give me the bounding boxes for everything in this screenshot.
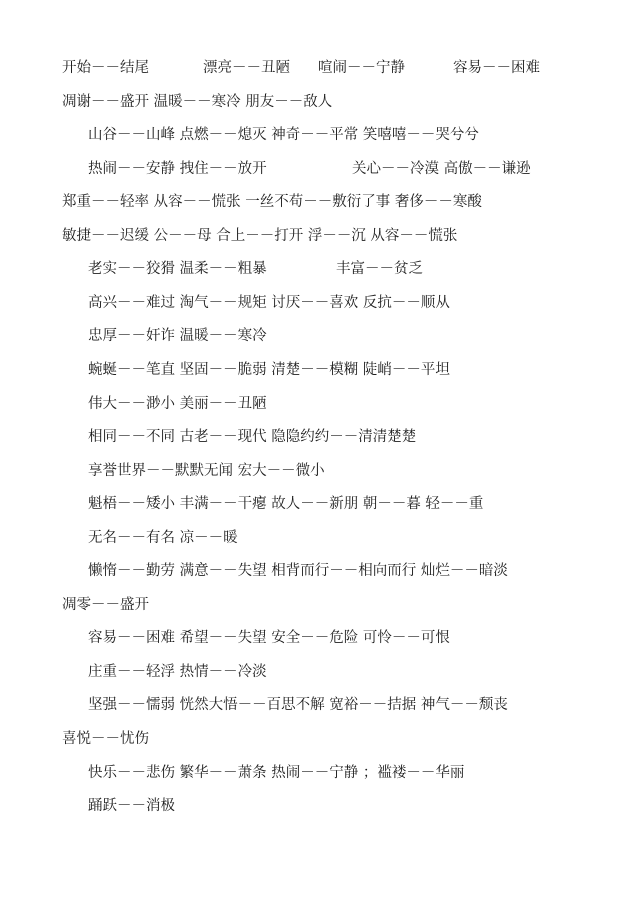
antonym-pairs: 相同－－不同 古老－－现代 隐隐约约－－清清楚楚 — [88, 427, 416, 447]
text-line: 无名－－有名 凉－－暖 — [0, 528, 640, 548]
antonym-pairs: 容易－－困难 希望－－失望 安全－－危险 可怜－－可恨 — [88, 628, 450, 648]
text-line: 凋零－－盛开 — [0, 595, 640, 615]
antonym-pairs: 丰富－－贫乏 — [336, 259, 423, 279]
text-line: 伟大－－渺小 美丽－－丑陋 — [0, 394, 640, 414]
antonym-pairs: 高兴－－难过 淘气－－规矩 讨厌－－喜欢 反抗－－顺从 — [88, 293, 450, 313]
text-line: 郑重－－轻率 从容－－慌张 一丝不苟－－敷衍了事 奢侈－－寒酸 — [0, 192, 640, 212]
text-line: 踊跃－－消极 — [0, 796, 640, 816]
antonym-pairs: 魁梧－－矮小 丰满－－干瘪 故人－－新朋 朝－－暮 轻－－重 — [88, 494, 483, 514]
antonym-pairs: 敏捷－－迟缓 公－－母 合上－－打开 浮－－沉 从容－－慌张 — [62, 226, 457, 246]
text-line: 容易－－困难 希望－－失望 安全－－危险 可怜－－可恨 — [0, 628, 640, 648]
antonym-pairs: 喜悦－－忧伤 — [62, 729, 149, 749]
text-line: 高兴－－难过 淘气－－规矩 讨厌－－喜欢 反抗－－顺从 — [0, 293, 640, 313]
text-line: 开始－－结尾漂亮－－丑陋喧闹－－宁静容易－－困难 — [0, 58, 640, 78]
antonym-pairs: 漂亮－－丑陋 — [203, 58, 290, 78]
text-line: 山谷－－山峰 点燃－－熄灭 神奇－－平常 笑嘻嘻－－哭兮兮 — [0, 125, 640, 145]
antonym-pairs: 蜿蜒－－笔直 坚固－－脆弱 清楚－－模糊 陡峭－－平坦 — [88, 360, 450, 380]
antonym-pairs: 庄重－－轻浮 热情－－冷淡 — [88, 662, 267, 682]
text-line: 忠厚－－奸诈 温暖－－寒冷 — [0, 326, 640, 346]
antonym-pairs: 懒惰－－勤劳 满意－－失望 相背而行－－相向而行 灿烂－－暗淡 — [88, 561, 508, 581]
text-line: 庄重－－轻浮 热情－－冷淡 — [0, 662, 640, 682]
antonym-pairs: 热闹－－安静 拽住－－放开 — [88, 159, 267, 179]
antonym-pairs: 享誉世界－－默默无闻 宏大－－微小 — [88, 461, 325, 481]
antonym-pairs: 伟大－－渺小 美丽－－丑陋 — [88, 394, 267, 414]
antonym-pairs: 开始－－结尾 — [62, 58, 149, 78]
antonym-pairs: 忠厚－－奸诈 温暖－－寒冷 — [88, 326, 267, 346]
antonym-pairs: 老实－－狡猾 温柔－－粗暴 — [88, 259, 267, 279]
text-line: 蜿蜒－－笔直 坚固－－脆弱 清楚－－模糊 陡峭－－平坦 — [0, 360, 640, 380]
document-page: 开始－－结尾漂亮－－丑陋喧闹－－宁静容易－－困难凋谢－－盛开 温暖－－寒冷 朋友… — [0, 0, 640, 905]
text-line: 相同－－不同 古老－－现代 隐隐约约－－清清楚楚 — [0, 427, 640, 447]
text-line: 懒惰－－勤劳 满意－－失望 相背而行－－相向而行 灿烂－－暗淡 — [0, 561, 640, 581]
antonym-pairs: 凋谢－－盛开 温暖－－寒冷 朋友－－敌人 — [62, 92, 332, 112]
text-line: 老实－－狡猾 温柔－－粗暴丰富－－贫乏 — [0, 259, 640, 279]
antonym-pairs: 郑重－－轻率 从容－－慌张 一丝不苟－－敷衍了事 奢侈－－寒酸 — [62, 192, 482, 212]
text-line: 坚强－－懦弱 恍然大悟－－百思不解 宽裕－－拮据 神气－－颓丧 — [0, 695, 640, 715]
antonym-pairs: 凋零－－盛开 — [62, 595, 149, 615]
text-line: 快乐－－悲伤 繁华－－萧条 热闹－－宁静 ；褴褛－－华丽 — [0, 763, 640, 783]
antonym-pairs: 快乐－－悲伤 繁华－－萧条 热闹－－宁静 ；褴褛－－华丽 — [88, 763, 464, 783]
antonym-pairs: 踊跃－－消极 — [88, 796, 175, 816]
text-line: 凋谢－－盛开 温暖－－寒冷 朋友－－敌人 — [0, 92, 640, 112]
antonym-pairs: 关心－－冷漠 高傲－－谦逊 — [352, 159, 531, 179]
text-line: 敏捷－－迟缓 公－－母 合上－－打开 浮－－沉 从容－－慌张 — [0, 226, 640, 246]
antonym-pairs: 容易－－困难 — [453, 58, 540, 78]
antonym-pairs: 山谷－－山峰 点燃－－熄灭 神奇－－平常 笑嘻嘻－－哭兮兮 — [88, 125, 479, 145]
antonym-pairs: 坚强－－懦弱 恍然大悟－－百思不解 宽裕－－拮据 神气－－颓丧 — [88, 695, 508, 715]
antonym-pairs: 无名－－有名 凉－－暖 — [88, 528, 238, 548]
text-line: 享誉世界－－默默无闻 宏大－－微小 — [0, 461, 640, 481]
text-line: 热闹－－安静 拽住－－放开关心－－冷漠 高傲－－谦逊 — [0, 159, 640, 179]
text-line: 魁梧－－矮小 丰满－－干瘪 故人－－新朋 朝－－暮 轻－－重 — [0, 494, 640, 514]
text-line: 喜悦－－忧伤 — [0, 729, 640, 749]
antonym-pairs: 喧闹－－宁静 — [318, 58, 405, 78]
